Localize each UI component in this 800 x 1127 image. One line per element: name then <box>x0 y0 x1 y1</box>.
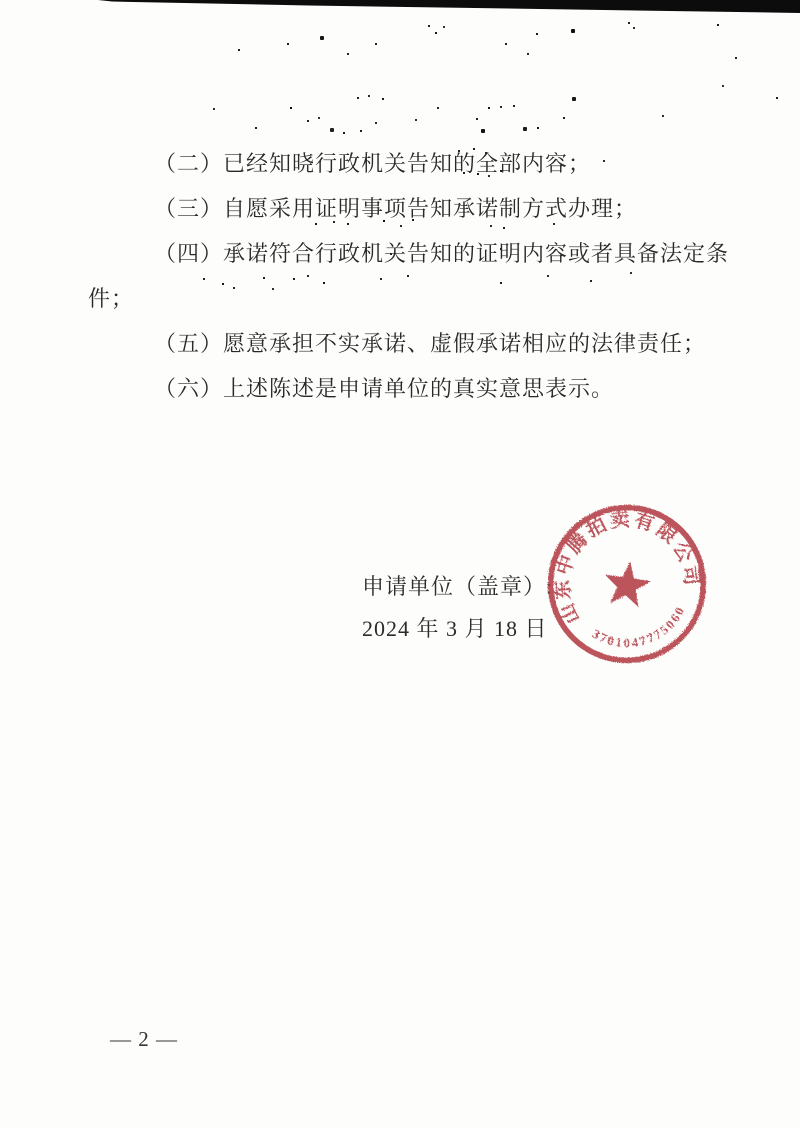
scan-noise-blobs <box>0 0 4 4</box>
company-seal: 山东中腾拍卖有限公司 3701047775060 <box>543 500 711 668</box>
scan-edge-artifact <box>98 0 800 13</box>
clause-list: （二）已经知晓行政机关告知的全部内容； （三）自愿采用证明事项告知承诺制方式办理… <box>88 141 734 411</box>
clause-4: （四）承诺符合行政机关告知的证明内容或者具备法定条件； <box>88 231 734 321</box>
signature-block: 申请单位（盖章）: 2024 年 3 月 18 日 <box>362 566 553 650</box>
clause-6: （六）上述陈述是申请单位的真实意思表示。 <box>88 366 734 411</box>
clause-5: （五）愿意承担不实承诺、虚假承诺相应的法律责任； <box>88 321 734 366</box>
clause-3: （三）自愿采用证明事项告知承诺制方式办理； <box>88 186 734 231</box>
signature-date: 2024 年 3 月 18 日 <box>362 608 553 650</box>
page-number: — 2 — <box>110 1027 178 1052</box>
clause-2: （二）已经知晓行政机关告知的全部内容； <box>88 141 734 186</box>
signature-label: 申请单位（盖章）: <box>362 566 553 608</box>
seal-star-icon <box>601 558 653 608</box>
